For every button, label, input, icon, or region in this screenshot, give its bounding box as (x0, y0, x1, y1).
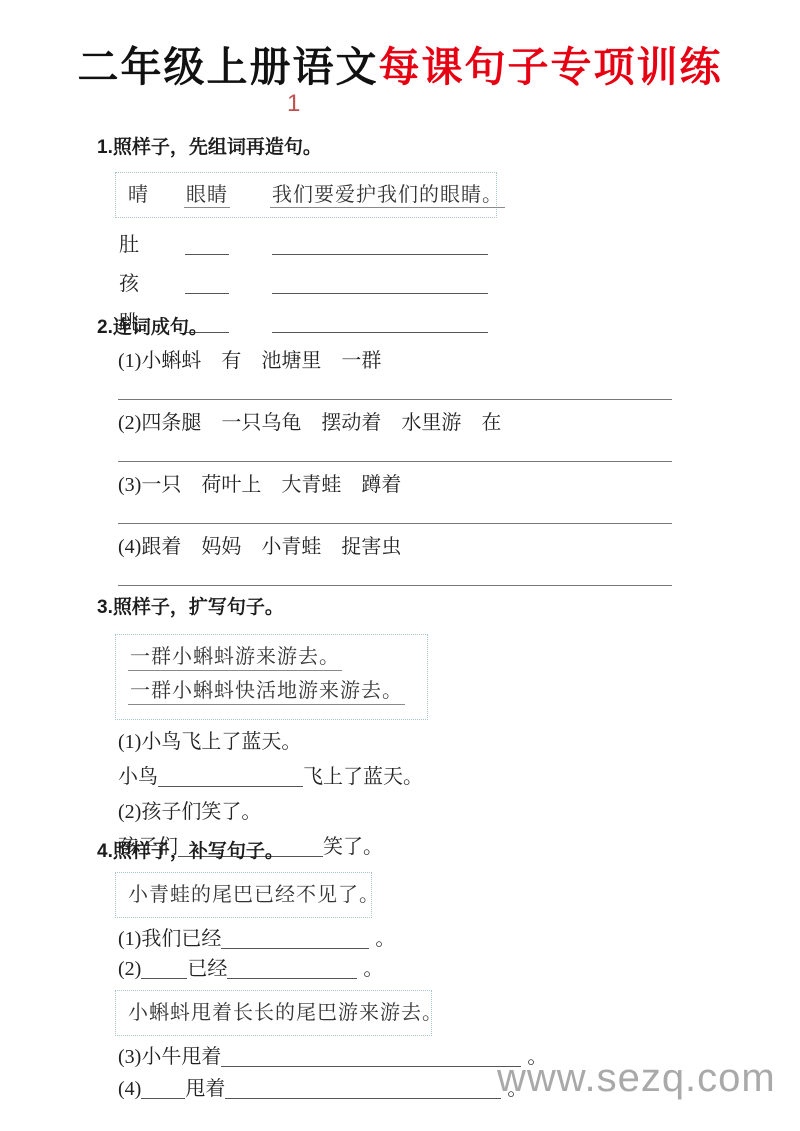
blank-line (225, 1079, 501, 1099)
example-sentence: 小青蛙的尾巴已经不见了。 (128, 884, 380, 906)
blank-line (158, 767, 303, 787)
blank-line (227, 959, 357, 979)
fill-pre: 小鸟 (118, 766, 158, 788)
fill-sentence: 小鸟飞上了蓝天。 (118, 764, 672, 790)
example-sentence: 小蝌蚪甩着长长的尾巴游来游去。 (128, 1002, 443, 1024)
blank-line (141, 959, 187, 979)
fill-post: 飞上了蓝天。 (303, 766, 423, 788)
blank-line (272, 293, 488, 294)
section-3: 3.照样子，扩写句子。 一群小蝌蚪游来游去。 一群小蝌蚪快活地游来游去。 (1)… (97, 598, 672, 860)
example-sentence: 一群小蝌蚪快活地游来游去。 (128, 679, 405, 705)
blank-line (221, 929, 369, 949)
row-char: 孩 (119, 272, 141, 296)
section-1: 1.照样子，先组词再造句。 晴眼睛我们要爱护我们的眼睛。 肚 孩 跳 (97, 138, 672, 335)
period: 。 (375, 928, 395, 950)
blank-line (221, 1047, 521, 1067)
blank-line (185, 254, 229, 255)
section-4-example-box-1: 小青蛙的尾巴已经不见了。 (115, 872, 372, 918)
word-row: 肚 (119, 228, 672, 257)
answer-line (118, 585, 672, 586)
section-4-heading: 4.照样子，补写句子。 (97, 842, 672, 862)
blank-line (185, 293, 229, 294)
page-number: 1 (287, 90, 300, 118)
section-3-heading: 3.照样子，扩写句子。 (97, 598, 672, 618)
page-title-red: 每课句子专项训练 (379, 44, 723, 90)
blank-line (141, 1079, 185, 1099)
blank-line (272, 254, 488, 255)
watermark: www.sezq.com (497, 1056, 776, 1101)
section-2-heading: 2.连词成句。 (97, 318, 672, 338)
answer-line (118, 461, 672, 462)
section-4-example-box-2: 小蝌蚪甩着长长的尾巴游来游去。 (115, 990, 432, 1036)
fill-label: (2) (118, 958, 141, 980)
word-group: (2)四条腿 一只乌龟 摆动着 水里游 在 (118, 410, 672, 436)
word-group: (3)一只 荷叶上 大青蛙 蹲着 (118, 472, 672, 498)
fill-pre: (1)我们已经 (118, 928, 221, 950)
fill-mid: 已经 (187, 958, 227, 980)
section-3-example-box: 一群小蝌蚪游来游去。 一群小蝌蚪快活地游来游去。 (115, 634, 428, 720)
period: 。 (363, 958, 383, 980)
fill-pre: (3)小牛甩着 (118, 1046, 221, 1068)
page-title: 二年级上册语文每课句子专项训练 (0, 34, 800, 93)
page-title-black: 二年级上册语文 (78, 44, 379, 90)
word-group: (4)跟着 妈妈 小青蛙 捉害虫 (118, 534, 672, 560)
answer-line (118, 399, 672, 400)
answer-line (118, 523, 672, 524)
fill-sentence: (2)已经。 (118, 956, 672, 982)
question-prompt: (2)孩子们笑了。 (118, 799, 672, 825)
example-word: 眼睛 (184, 184, 230, 208)
worksheet-page: 二年级上册语文每课句子专项训练 1 1.照样子，先组词再造句。 晴眼睛我们要爱护… (0, 0, 800, 1131)
section-2: 2.连词成句。 (1)小蝌蚪 有 池塘里 一群 (2)四条腿 一只乌龟 摆动着 … (97, 318, 672, 586)
row-char: 肚 (119, 233, 141, 257)
fill-sentence: (1)我们已经。 (118, 926, 672, 952)
word-row: 孩 (119, 267, 672, 296)
example-sentence: 一群小蝌蚪游来游去。 (128, 645, 342, 671)
fill-mid: 甩着 (185, 1078, 225, 1100)
example-sentence: 我们要爱护我们的眼睛。 (270, 184, 505, 208)
example-char: 晴 (128, 184, 149, 206)
word-group: (1)小蝌蚪 有 池塘里 一群 (118, 348, 672, 374)
section-1-example-box: 晴眼睛我们要爱护我们的眼睛。 (115, 172, 497, 218)
fill-label: (4) (118, 1078, 141, 1100)
question-prompt: (1)小鸟飞上了蓝天。 (118, 729, 672, 755)
section-1-heading: 1.照样子，先组词再造句。 (97, 138, 672, 158)
